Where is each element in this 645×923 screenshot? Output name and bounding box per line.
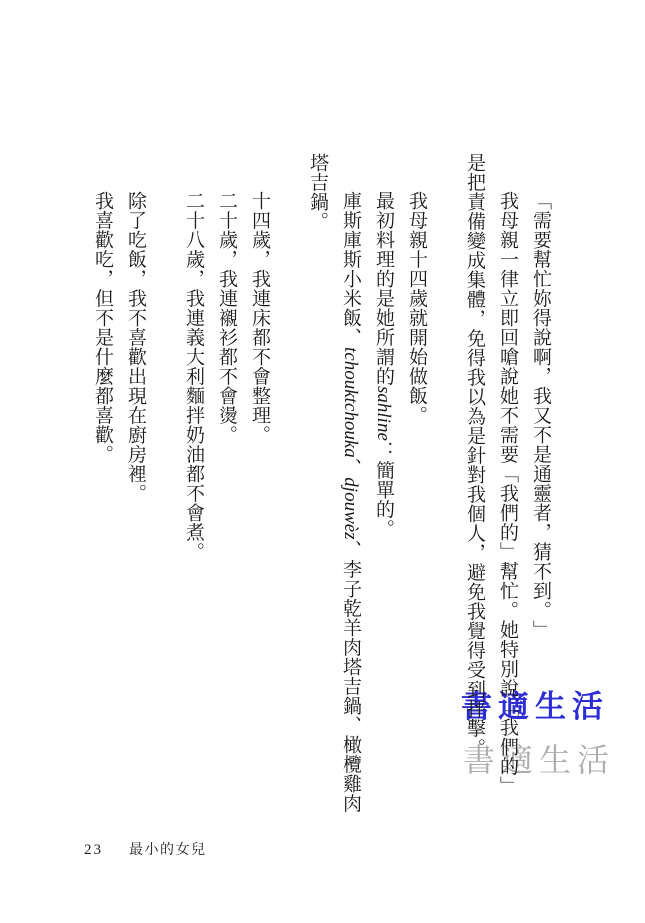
text-segment: 、李子乾羊肉塔吉鍋、橄欖雞肉 [340,540,361,813]
latin-term: djouwèz [340,477,361,539]
page-footer: 23最小的女兒 [84,839,207,859]
text-block: 「需要幫忙妳得說啊，我又不是通靈者，猜不到。」我母親一律立即回嗆說她不需要「我們… [86,153,557,785]
text-line: 除了吃飯，我不喜歡出現在廚房裡。 [119,153,152,785]
text-line: 塔吉鍋。 [301,153,334,785]
text-segment: 是把責備變成集體，免得我以為是針對我個人，避免我覺得受到抨擊。 [464,153,485,758]
text-line: 十四歲，我連床都不會整理。 [243,153,276,785]
text-segment: 我母親一律立即回嗆說她不需要「我們的」幫忙。她特別說「我們的」 [497,191,518,796]
text-line: 我母親一律立即回嗆說她不需要「我們的」幫忙。她特別說「我們的」 [491,153,524,785]
text-segment: ：簡單的。 [373,441,394,539]
text-segment: 塔吉鍋。 [307,153,328,231]
text-segment: 庫斯庫斯小米飯、 [340,191,361,347]
latin-term: tchouktchouka [340,347,361,458]
book-title: 最小的女兒 [129,843,207,858]
text-line: 最初料理的是她所謂的sahline：簡單的。 [367,153,400,785]
text-line: 二十八歲，我連義大利麵拌奶油都不會煮。 [177,153,210,785]
text-line: 庫斯庫斯小米飯、tchouktchouka、djouwèz、李子乾羊肉塔吉鍋、橄… [334,153,367,785]
text-segment: 「需要幫忙妳得說啊，我又不是通靈者，猜不到。」 [530,191,551,640]
page-number: 23 [84,842,103,858]
text-segment: 十四歲，我連床都不會整理。 [249,191,270,445]
text-segment: 我喜歡吃，但不是什麼都喜歡。 [92,191,113,464]
text-line: 我喜歡吃，但不是什麼都喜歡。 [86,153,119,785]
text-line: 是把責備變成集體，免得我以為是針對我個人，避免我覺得受到抨擊。 [458,153,491,785]
text-segment: 二十八歲，我連義大利麵拌奶油都不會煮。 [183,191,204,562]
text-segment: 我母親十四歲就開始做飯。 [406,191,427,425]
text-segment: 、 [340,458,361,478]
text-line: 我母親十四歲就開始做飯。 [400,153,433,785]
text-segment: 二十歲，我連襯衫都不會燙。 [216,191,237,445]
book-page: 「需要幫忙妳得說啊，我又不是通靈者，猜不到。」我母親一律立即回嗆說她不需要「我們… [0,0,645,923]
text-segment: 最初料理的是她所謂的 [373,191,394,386]
text-line: 二十歲，我連襯衫都不會燙。 [210,153,243,785]
text-line: 「需要幫忙妳得說啊，我又不是通靈者，猜不到。」 [524,153,557,785]
latin-term: sahline [373,386,394,441]
text-segment: 除了吃飯，我不喜歡出現在廚房裡。 [125,191,146,503]
